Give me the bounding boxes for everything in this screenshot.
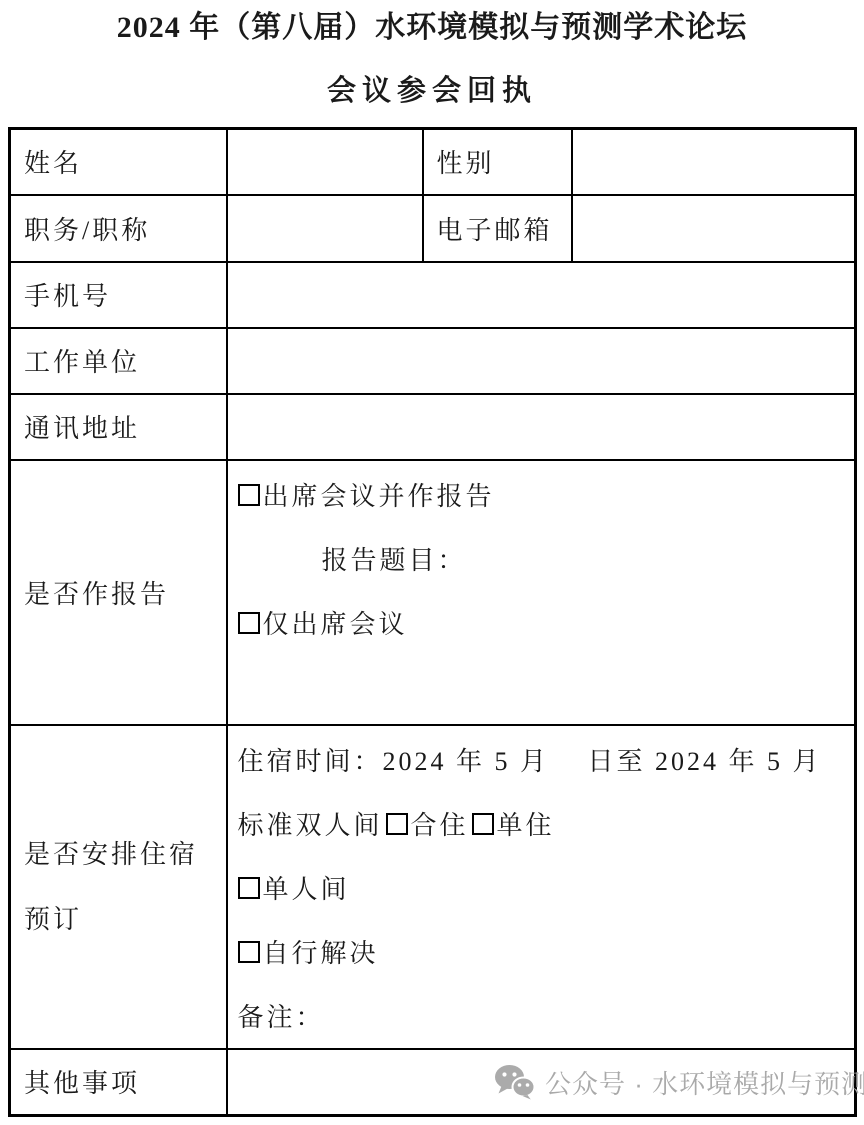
checkbox-attend-only[interactable]	[238, 612, 260, 634]
row-accommodation: 是否安排住宿 预订 住宿时间：2024 年 5 月 日至 2024 年 5 月 …	[10, 725, 856, 1049]
accommodation-options-cell: 住宿时间：2024 年 5 月 日至 2024 年 5 月 日 标准双人间 合住…	[227, 725, 856, 1049]
double-room-shared-label: 合住	[411, 805, 469, 842]
double-room-line: 标准双人间 合住 单住	[238, 792, 855, 856]
work-unit-input-cell[interactable]	[227, 328, 856, 394]
wechat-icon	[494, 1064, 536, 1100]
name-label: 姓名	[10, 129, 227, 195]
accommodation-label: 是否安排住宿 预订	[10, 725, 227, 1049]
row-address: 通讯地址	[10, 394, 856, 460]
position-input-cell[interactable]	[227, 195, 423, 262]
remark-line: 备注：	[238, 984, 855, 1048]
name-input-cell[interactable]	[227, 129, 423, 195]
address-label: 通讯地址	[10, 394, 227, 460]
gender-label: 性别	[423, 129, 572, 195]
registration-form-table: 姓名 性别 职务/职称 电子邮箱 手机号 工作单位 通讯地址 是否作报告 出席会…	[8, 127, 857, 1117]
checkbox-double-room-single[interactable]	[472, 813, 494, 835]
position-label: 职务/职称	[10, 195, 227, 262]
row-report: 是否作报告 出席会议并作报告 报告题目： 仅出席会议	[10, 460, 856, 725]
stay-time-line: 住宿时间：2024 年 5 月 日至 2024 年 5 月 日	[238, 728, 855, 792]
address-input-cell[interactable]	[227, 394, 856, 460]
attend-with-report-label: 出席会议并作报告	[263, 476, 495, 513]
checkbox-self-arrange[interactable]	[238, 941, 260, 963]
email-label: 电子邮箱	[423, 195, 572, 262]
self-arrange-line: 自行解决	[238, 920, 855, 984]
report-label: 是否作报告	[10, 460, 227, 725]
stay-time-text: 住宿时间：2024 年 5 月 日至 2024 年 5 月 日	[238, 741, 856, 778]
email-input-cell[interactable]	[572, 195, 856, 262]
double-room-single-label: 单住	[497, 805, 555, 842]
row-position-email: 职务/职称 电子邮箱	[10, 195, 856, 262]
report-option-attend-only: 仅出席会议	[238, 591, 855, 655]
row-work-unit: 工作单位	[10, 328, 856, 394]
report-option-attend-with-report: 出席会议并作报告	[238, 463, 855, 527]
wechat-watermark: 公众号 · 水环境模拟与预测	[494, 1062, 864, 1102]
form-title: 2024 年（第八届）水环境模拟与预测学术论坛	[0, 8, 864, 48]
attend-only-label: 仅出席会议	[263, 604, 408, 641]
self-arrange-label: 自行解决	[263, 933, 379, 970]
report-title-label: 报告题目：	[322, 540, 467, 577]
accommodation-label-line2: 预订	[24, 887, 226, 952]
gender-input-cell[interactable]	[572, 129, 856, 195]
remark-label: 备注：	[238, 997, 325, 1034]
report-options-cell: 出席会议并作报告 报告题目： 仅出席会议	[227, 460, 856, 725]
accommodation-label-line1: 是否安排住宿	[24, 822, 226, 887]
double-room-label: 标准双人间	[238, 805, 383, 842]
work-unit-label: 工作单位	[10, 328, 227, 394]
checkbox-double-room-shared[interactable]	[386, 813, 408, 835]
checkbox-attend-with-report[interactable]	[238, 484, 260, 506]
other-label: 其他事项	[10, 1049, 227, 1116]
single-room-label: 单人间	[263, 869, 350, 906]
phone-label: 手机号	[10, 262, 227, 328]
watermark-text: 公众号 · 水环境模拟与预测	[545, 1064, 864, 1101]
report-title-line: 报告题目：	[238, 527, 855, 591]
phone-input-cell[interactable]	[227, 262, 856, 328]
row-phone: 手机号	[10, 262, 856, 328]
checkbox-single-room[interactable]	[238, 877, 260, 899]
row-name-gender: 姓名 性别	[10, 129, 856, 195]
single-room-line: 单人间	[238, 856, 855, 920]
form-subtitle: 会议参会回执	[0, 71, 864, 111]
